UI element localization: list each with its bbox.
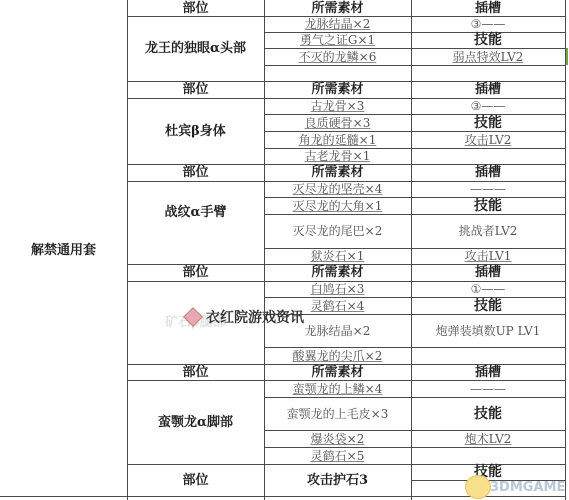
header-materials: 所需素材	[264, 264, 411, 281]
skill-value: 攻击LV2	[411, 131, 565, 148]
header-materials: 所需素材	[264, 0, 411, 16]
material: 灭尽龙的坚壳×4	[264, 181, 411, 197]
skill-value: 炮术LV2	[411, 430, 565, 447]
material: 角龙的延髓×1	[264, 131, 411, 148]
skill-value: 攻击LV1	[411, 248, 565, 264]
slot-value: ①——	[411, 281, 565, 297]
set-name: 解禁通用套	[0, 200, 127, 300]
skill-value: 弱点特效LV2	[411, 48, 565, 65]
material: 古老龙骨×1	[264, 148, 411, 164]
header-slots: 插槽	[411, 0, 565, 16]
skill-label: 技能	[411, 397, 565, 430]
material: 古龙骨×3	[264, 98, 411, 114]
material: 灭尽龙的尾巴×2	[264, 214, 411, 248]
grid-line	[264, 65, 566, 66]
skill-label: 技能	[411, 297, 565, 314]
header-part: 部位	[127, 0, 264, 16]
part-name: 战纹α手臂	[127, 181, 264, 264]
slot-value: ———	[411, 181, 565, 197]
charm-part-label: 部位	[127, 464, 264, 496]
charm-name: 攻击护石3	[264, 464, 411, 496]
material: 灭尽龙的大角×1	[264, 197, 411, 214]
header-part: 部位	[127, 364, 264, 380]
material: 良质硬骨×3	[264, 114, 411, 131]
material: 不灭的龙鳞×6	[264, 48, 411, 65]
slot-value: ———	[411, 380, 565, 397]
grid-line	[565, 0, 566, 500]
material: 爆炎袋×2	[264, 430, 411, 447]
material: 蛮颚龙的上鳞×4	[264, 380, 411, 397]
part-name: 龙王的独眼α头部	[127, 16, 264, 81]
header-materials: 所需素材	[264, 164, 411, 181]
charm-skill-label: 技能	[411, 464, 565, 480]
material: 龙脉结晶×2	[264, 16, 411, 32]
material: 狱炎石×1	[264, 248, 411, 264]
skill-label: 技能	[411, 32, 565, 48]
selection-marker	[566, 48, 568, 65]
header-slots: 插槽	[411, 264, 565, 281]
header-slots: 插槽	[411, 81, 565, 98]
part-name: 杜宾β身体	[127, 98, 264, 164]
header-materials: 所需素材	[264, 81, 411, 98]
material: 蛮颚龙的上毛皮×3	[264, 397, 411, 430]
part-name: 蛮颚龙α脚部	[127, 380, 264, 464]
mascot-icon	[465, 475, 491, 499]
slot-value: ③——	[411, 16, 565, 32]
material: 酸翼龙的尖爪×2	[264, 347, 411, 364]
material: 灵鹤石×5	[264, 447, 411, 464]
header-part: 部位	[127, 81, 264, 98]
slot-value: ③——	[411, 98, 565, 114]
header-materials: 所需素材	[264, 364, 411, 380]
header-slots: 插槽	[411, 364, 565, 380]
skill-label: 技能	[411, 197, 565, 214]
skill-value: 炮弹装填数UP LV1	[411, 314, 565, 347]
material: 勇气之证G×1	[264, 32, 411, 48]
logo-watermark: 3DMGAME	[490, 480, 565, 495]
site-watermark: 衣红院游戏资讯	[206, 307, 304, 327]
header-part: 部位	[127, 164, 264, 181]
header-part: 部位	[127, 264, 264, 281]
material: 白鸠石×3	[264, 281, 411, 297]
header-slots: 插槽	[411, 164, 565, 181]
skill-value: 挑战者LV2	[411, 214, 565, 248]
skill-label: 技能	[411, 114, 565, 131]
